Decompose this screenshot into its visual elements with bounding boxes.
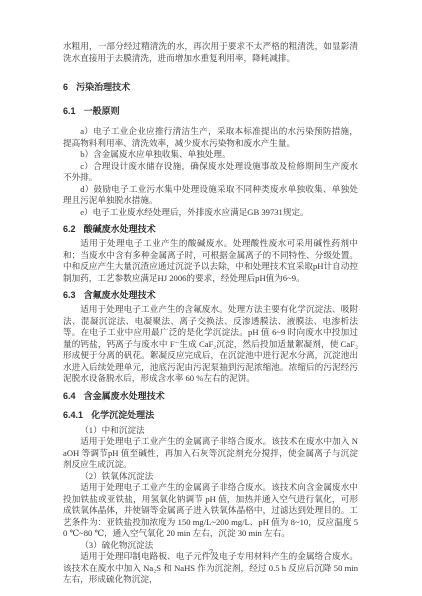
page-content: 水粗用，一部分经过精清洗的水，再次用于要求不太严格的粗清洗，如显影清洗水直接用于… [63, 41, 358, 586]
sub-item-2-title: （2）铁氧体沉淀法 [63, 471, 358, 483]
section-number: 6.3 [63, 290, 76, 300]
section-number: 6.2 [63, 224, 76, 234]
paragraph: 适用于处理电子工业产生的含氟废水。处理方法主要有化学沉淀法、吸附法、混凝沉淀法、… [63, 304, 358, 385]
sub-item-1-title: （1）中和沉淀法 [63, 425, 358, 437]
document-page: 水粗用，一部分经过精清洗的水，再次用于要求不太严格的粗清洗，如显影清洗水直接用于… [0, 0, 422, 596]
section-title: 含氟废水处理技术 [84, 290, 156, 300]
section-title: 酸碱废水处理技术 [84, 224, 156, 234]
section-title: 含金属废水处理技术 [84, 391, 165, 401]
section-heading-6: 6污染治理技术 [63, 81, 358, 93]
list-item-c: c）合理设计废水储存设施，确保废水处理设施事故及检修期间生产废水不外排。 [63, 161, 358, 184]
section-title: 污染治理技术 [76, 82, 130, 92]
paragraph: 适用于处理电子工业产生的金属离子非络合废水。该技术在废水中加入 NaOH 等调节… [63, 436, 358, 471]
section-heading-6-4: 6.4含金属废水处理技术 [63, 390, 358, 402]
section-title: 化学沉淀处理法 [91, 410, 154, 420]
section-heading-6-3: 6.3含氟废水处理技术 [63, 289, 358, 301]
list-item-a: a）电子工业企业应推行清洁生产，采取本标准提出的水污染预防措施，提高物料利用率、… [63, 126, 358, 149]
paragraph: 水粗用，一部分经过精清洗的水，再次用于要求不太严格的粗清洗，如显影清洗水直接用于… [63, 41, 358, 64]
page-number: 7 [0, 547, 422, 557]
section-heading-6-2: 6.2酸碱废水处理技术 [63, 223, 358, 235]
paragraph: 适用于处理电子工业产生的酸碱废水。处理酸性废水可采用碱性药剂中和；当废水中含有多… [63, 238, 358, 284]
section-number: 6.4 [63, 391, 76, 401]
section-heading-6-1: 6.1一般原则 [63, 105, 358, 117]
list-item-d: d）鼓励电子工业污水集中处理设施采取不同种类废水单独收集、单独处理且污泥单独脱水… [63, 184, 358, 207]
section-title: 一般原则 [84, 106, 120, 116]
section-number: 6 [63, 82, 68, 92]
list-item-b: b）含金属废水应单独收集、单独处理。 [63, 149, 358, 161]
list-item-e: e）电子工业废水经处理后，外排废水应满足GB 39731规定。 [63, 207, 358, 219]
section-heading-6-4-1: 6.4.1化学沉淀处理法 [63, 409, 358, 421]
paragraph: 适用于处理电子工业产生的金属离子非络合废水。该技术向含金属废水中投加铁盐或亚铁盐… [63, 482, 358, 540]
section-number: 6.1 [63, 106, 76, 116]
section-number: 6.4.1 [63, 410, 83, 420]
